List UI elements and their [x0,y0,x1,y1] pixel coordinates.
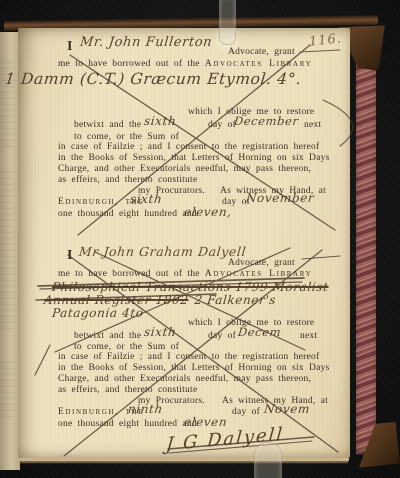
printed-next: next [304,120,321,130]
return-month-handwritten: Decem [237,325,282,339]
signed-day-handwritten: ninth [127,402,163,416]
printed-next: next [300,331,317,341]
printed-betwixt: betwixt and the [74,120,141,130]
printed-year-line: one thousand eight hundred and [58,209,197,219]
book-title-handwritten: 1 Damm (C.T.) Græcum Etymol. 4°. [4,70,302,88]
marbled-board-fore-edge [356,34,376,455]
printed-to-come: to come, or the Sum of [74,132,179,142]
printed-advocate-grant: Advocate, grant [228,47,295,57]
return-day-handwritten: sixth [143,325,177,339]
printed-year-line: one thousand eight hundred and [58,419,197,429]
printed-day-of: day of [232,407,260,417]
printed-borrow-line: me to have borrowed out of the Advocates… [58,269,312,279]
printed-effeirs: as effeirs, and thereto constitute [58,385,197,395]
showthrough-text [2,362,14,422]
borrower-name-handwritten: Mr. John Fullerton [79,35,213,50]
printed-initial: I [67,42,73,52]
printed-charge: Charge, and other Executorials needful, … [58,164,311,174]
printed-failzie: in case of Failzie ; and I consent to th… [58,142,319,152]
acrylic-page-strap-bottom [254,442,282,478]
printed-session: in the Books of Session, that Letters of… [58,363,330,373]
printed-day-of: day of [208,120,236,130]
borrower-name-handwritten: Mr John Graham Dalyell [78,244,247,259]
printed-effeirs: as effeirs, and thereto constitute [58,175,197,185]
printed-session: in the Books of Session, that Letters of… [58,153,330,163]
printed-charge: Charge, and other Executorials needful, … [58,374,311,384]
printed-borrow-line: me to have borrowed out of the Advocates… [58,59,312,69]
page-number: 116. [308,31,342,49]
book-title-handwritten: Patagonia 4to [51,306,144,320]
book-title-handwritten: Annual Register 18022 Falkener's [43,293,277,307]
signed-month-handwritten: November [245,191,315,205]
printed-betwixt: betwixt and the [74,331,141,341]
register-page: 116. I Mr. John Fullerton Advocate, gran… [18,28,350,458]
year-word-handwritten: eleven [183,415,228,429]
signed-month-handwritten: Novem [263,402,310,416]
showthrough-text [2,172,14,332]
return-day-handwritten: sixth [143,114,177,128]
printed-initial: I [67,251,73,261]
year-word-handwritten: eleven, [183,205,232,219]
photograph-of-register-page: 116. I Mr. John Fullerton Advocate, gran… [0,0,400,478]
printed-day-of: day of [208,331,236,341]
printed-failzie: in case of Failzie ; and I consent to th… [58,352,319,362]
acrylic-page-strap-top [219,0,236,45]
book-title-struck-handwritten: Philosophical Transactions 1799 Moralist [51,280,329,294]
library-name: Advocates Library [205,269,312,279]
printed-advocate-grant: Advocate, grant [228,258,295,268]
return-month-handwritten: December [233,114,299,128]
signed-day-handwritten: sixth [129,192,163,206]
printed-to-come: to come, or the Sum of [74,342,179,352]
facing-page-sliver [0,32,20,470]
library-name: Advocates Library [205,59,312,69]
